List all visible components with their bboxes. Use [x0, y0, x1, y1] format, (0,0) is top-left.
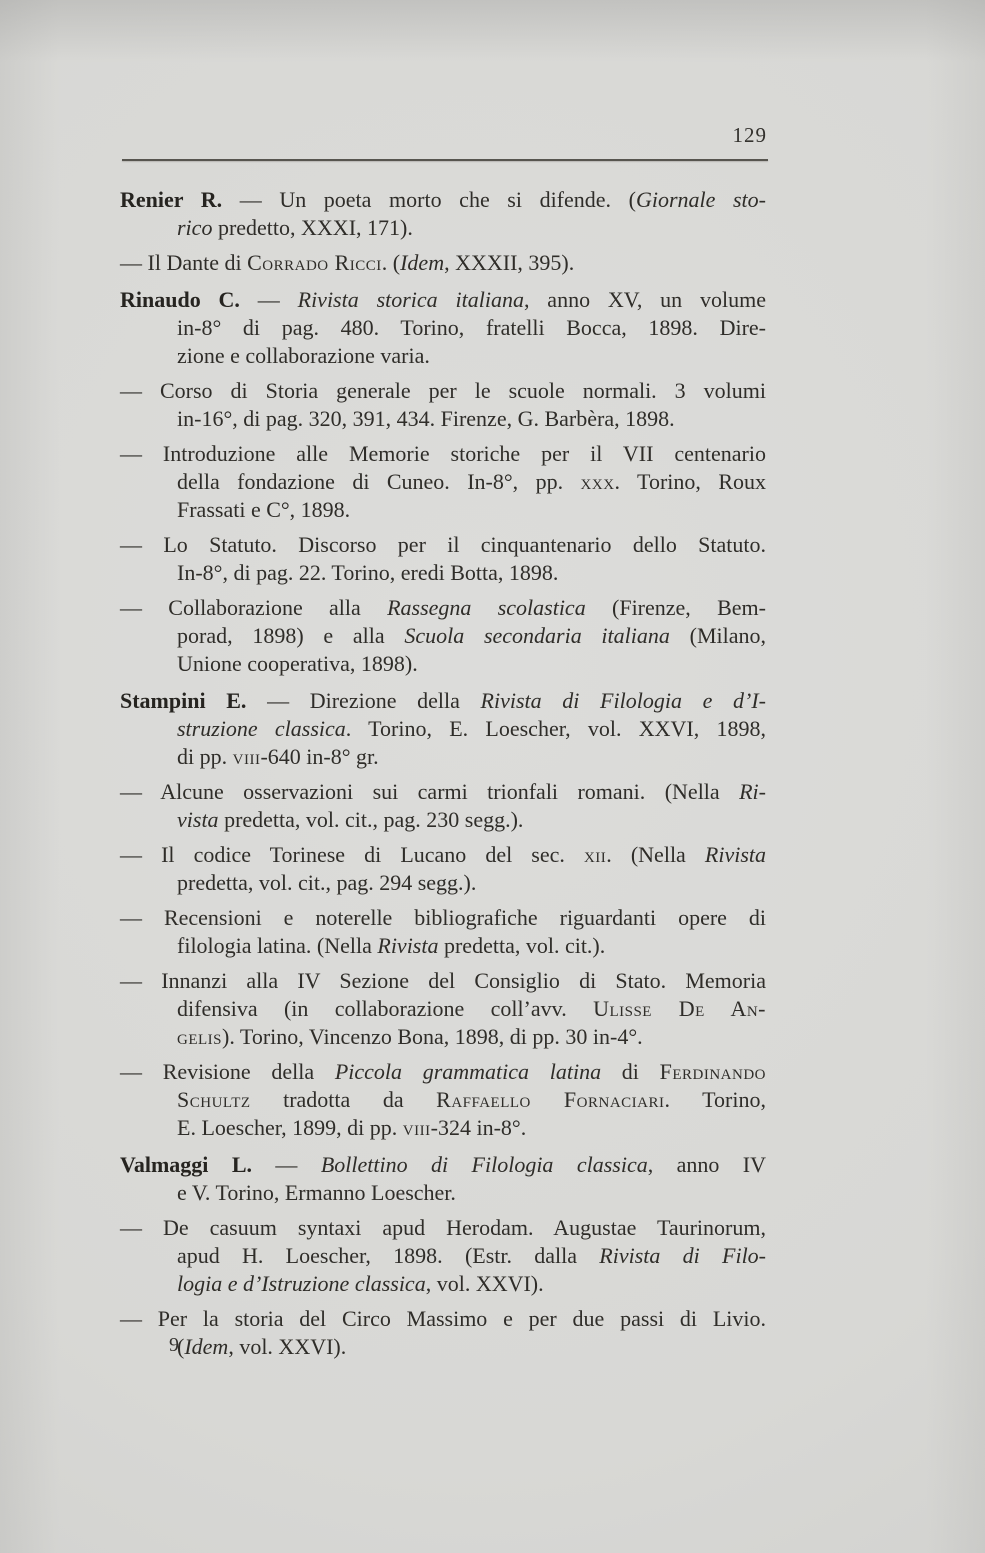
text-segment: e V. Torino, Ermanno Loescher.	[177, 1180, 456, 1205]
bibliography-entry: — Innanzi alla IV Sezione del Consiglio …	[120, 967, 766, 1051]
entry-line: in-8° di pag. 480. Torino, fratelli Bocc…	[177, 314, 766, 342]
text-segment: Ferdinando	[660, 1059, 766, 1084]
bibliography-entry: — De casuum syntaxi apud Herodam. August…	[120, 1214, 766, 1298]
text-segment: gelis	[177, 1024, 222, 1049]
entry-line: — Innanzi alla IV Sezione del Consiglio …	[120, 967, 766, 995]
text-segment: — Recensioni e noterelle bibliografiche …	[120, 905, 766, 930]
entry-line: rico predetto, XXXI, 171).	[177, 214, 766, 242]
entry-line: Rinaudo C. — Rivista storica italiana, a…	[120, 286, 766, 314]
text-segment: zione e collaborazione varia.	[177, 343, 430, 368]
bibliography-entry: — Introduzione alle Memorie storiche per…	[120, 440, 766, 524]
entry-line: porad, 1898) e alla Scuola secondaria it…	[177, 622, 766, 650]
bibliography-entry: Renier R. — Un poeta morto che si difend…	[120, 186, 766, 242]
entry-line: — Collaborazione alla Rassegna scolastic…	[120, 594, 766, 622]
text-segment: , vol. XXVI).	[426, 1271, 544, 1296]
text-segment: di pp.	[177, 744, 233, 769]
entry-line: Frassati e C°, 1898.	[177, 496, 766, 524]
entry-line: Stampini E. — Direzione della Rivista di…	[120, 687, 766, 715]
text-segment: — Il codice Torinese di Lucano del sec.	[120, 842, 584, 867]
page-number: 129	[123, 123, 767, 148]
text-segment: (Firenze, Bem-	[586, 595, 766, 620]
text-segment: Rivista di Filologia e d’I-	[481, 688, 766, 713]
text-segment: , anno IV	[648, 1152, 766, 1177]
text-segment: — Per la storia del Circo Massimo e per …	[120, 1306, 766, 1331]
bibliography-entry: Rinaudo C. — Rivista storica italiana, a…	[120, 286, 766, 370]
text-segment: xii	[584, 842, 606, 867]
text-segment: difensiva (in collaborazione coll’avv.	[177, 996, 593, 1021]
text-segment: . Torino,	[665, 1087, 767, 1112]
text-segment: -640 in-8° gr.	[260, 744, 378, 769]
text-segment: tradotta da	[251, 1087, 437, 1112]
text-segment: — Introduzione alle Memorie storiche per…	[120, 441, 766, 466]
text-segment: . Torino, Roux	[615, 469, 766, 494]
text-segment: apud H. Loescher, 1898. (Estr. dalla	[177, 1243, 599, 1268]
entry-line: in-16°, di pag. 320, 391, 434. Firenze, …	[177, 405, 766, 433]
text-segment: logia e d’Istruzione classica	[177, 1271, 426, 1296]
text-segment: predetta, vol. cit.).	[438, 933, 605, 958]
text-segment: Rivista di Filo-	[599, 1243, 766, 1268]
text-segment: di	[601, 1059, 660, 1084]
text-segment: — Collaborazione alla	[120, 595, 387, 620]
bibliography-entry: Valmaggi L. — Bollettino di Filologia cl…	[120, 1151, 766, 1207]
text-segment: —	[240, 287, 298, 312]
text-segment: Piccola grammatica latina	[335, 1059, 601, 1084]
text-segment: Frassati e C°, 1898.	[177, 497, 350, 522]
text-segment: vista	[177, 807, 219, 832]
text-segment: Schultz	[177, 1087, 251, 1112]
text-segment: E. Loescher, 1899, di pp.	[177, 1115, 403, 1140]
text-segment: filologia latina. (Nella	[177, 933, 377, 958]
entry-line: — Lo Statuto. Discorso per il cinquanten…	[120, 531, 766, 559]
bibliography-entry: — Il codice Torinese di Lucano del sec. …	[120, 841, 766, 897]
text-segment: della fondazione di Cuneo. In-8°, pp.	[177, 469, 581, 494]
text-segment: in-16°, di pag. 320, 391, 434. Firenze, …	[177, 406, 675, 431]
entry-line: — Revisione della Piccola grammatica lat…	[120, 1058, 766, 1086]
entry-line: Unione cooperativa, 1898).	[177, 650, 766, 678]
text-segment: Rivista storica italiana	[298, 287, 524, 312]
text-segment: struzione classica	[177, 716, 346, 741]
text-segment: Bollettino di Filologia classica	[321, 1152, 648, 1177]
text-segment: -324 in-8°.	[431, 1115, 527, 1140]
text-segment: , vol. XXVI).	[228, 1334, 346, 1359]
text-segment: in-8° di pag. 480. Torino, fratelli Bocc…	[177, 315, 766, 340]
entry-line: predetta, vol. cit., pag. 294 segg.).	[177, 869, 766, 897]
entry-line: — De casuum syntaxi apud Herodam. August…	[120, 1214, 766, 1242]
text-segment: viii	[403, 1115, 431, 1140]
bibliography-entry: — Il Dante di Corrado Ricci. (Idem, XXXI…	[120, 249, 766, 277]
bibliography-entry: — Collaborazione alla Rassegna scolastic…	[120, 594, 766, 678]
text-segment: . (	[382, 250, 400, 275]
text-segment: Ulisse De An-	[593, 996, 766, 1021]
entry-line: E. Loescher, 1899, di pp. viii-324 in-8°…	[177, 1114, 766, 1142]
text-segment: — Il Dante di	[120, 250, 247, 275]
text-segment: xxx	[581, 469, 615, 494]
text-segment: In-8°, di pag. 22. Torino, eredi Botta, …	[177, 560, 558, 585]
text-segment: . Torino, E. Loescher, vol. XXVI, 1898,	[346, 716, 766, 741]
entry-line: — Per la storia del Circo Massimo e per …	[120, 1305, 766, 1333]
text-segment: . (Nella	[606, 842, 705, 867]
bibliography-entry: Stampini E. — Direzione della Rivista di…	[120, 687, 766, 771]
bibliography-entry: — Per la storia del Circo Massimo e per …	[120, 1305, 766, 1361]
entry-line: logia e d’Istruzione classica, vol. XXVI…	[177, 1270, 766, 1298]
text-segment: — Alcune osservazioni sui carmi trionfal…	[120, 779, 739, 804]
entry-line: Valmaggi L. — Bollettino di Filologia cl…	[120, 1151, 766, 1179]
text-segment: predetta, vol. cit., pag. 230 segg.).	[219, 807, 524, 832]
text-segment: Idem	[184, 1334, 228, 1359]
entry-line: (Idem, vol. XXVI).	[177, 1333, 766, 1361]
text-segment: predetta, vol. cit., pag. 294 segg.).	[177, 870, 476, 895]
text-segment: viii	[233, 744, 261, 769]
text-segment: Raffaello Fornaciari	[436, 1087, 664, 1112]
entry-line: Schultz tradotta da Raffaello Fornaciari…	[177, 1086, 766, 1114]
bibliography-entry: — Alcune osservazioni sui carmi trionfal…	[120, 778, 766, 834]
text-segment: predetto, XXXI, 171).	[212, 215, 412, 240]
bibliography-list: Renier R. — Un poeta morto che si difend…	[120, 186, 766, 1361]
entry-line: — Introduzione alle Memorie storiche per…	[120, 440, 766, 468]
text-segment: Renier R.	[120, 187, 222, 212]
text-segment: , XXXII, 395).	[444, 250, 574, 275]
text-segment: Rinaudo C.	[120, 287, 240, 312]
text-segment: —	[252, 1152, 321, 1177]
entry-line: vista predetta, vol. cit., pag. 230 segg…	[177, 806, 766, 834]
scanned-book-page: 129 Renier R. — Un poeta morto che si di…	[0, 0, 985, 1553]
text-segment: — Direzione della	[246, 688, 480, 713]
entry-line: della fondazione di Cuneo. In-8°, pp. xx…	[177, 468, 766, 496]
entry-line: zione e collaborazione varia.	[177, 342, 766, 370]
entry-line: apud H. Loescher, 1898. (Estr. dalla Riv…	[177, 1242, 766, 1270]
text-segment: — Un poeta morto che si difende. (	[222, 187, 636, 212]
bibliography-entry: — Revisione della Piccola grammatica lat…	[120, 1058, 766, 1142]
text-segment: ). Torino, Vincenzo Bona, 1898, di pp. 3…	[222, 1024, 643, 1049]
entry-line: In-8°, di pag. 22. Torino, eredi Botta, …	[177, 559, 766, 587]
text-segment: — Lo Statuto. Discorso per il cinquanten…	[120, 532, 766, 557]
text-segment: Rivista	[377, 933, 438, 958]
bibliography-entry: — Corso di Storia generale per le scuole…	[120, 377, 766, 433]
text-segment: Corrado Ricci	[247, 250, 382, 275]
entry-line: — Il codice Torinese di Lucano del sec. …	[120, 841, 766, 869]
entry-line: — Recensioni e noterelle bibliografiche …	[120, 904, 766, 932]
bibliography-entry: — Recensioni e noterelle bibliografiche …	[120, 904, 766, 960]
entry-line: gelis). Torino, Vincenzo Bona, 1898, di …	[177, 1023, 766, 1051]
text-segment: Idem	[400, 250, 444, 275]
entry-line: — Il Dante di Corrado Ricci. (Idem, XXXI…	[120, 249, 766, 277]
text-segment: rico	[177, 215, 212, 240]
text-segment: Rassegna scolastica	[387, 595, 586, 620]
text-segment: (Milano,	[670, 623, 766, 648]
text-segment: Giornale sto-	[636, 187, 766, 212]
bibliography-entry: — Lo Statuto. Discorso per il cinquanten…	[120, 531, 766, 587]
text-segment: Ri-	[739, 779, 766, 804]
entry-line: Renier R. — Un poeta morto che si difend…	[120, 186, 766, 214]
header-rule	[122, 159, 768, 161]
entry-line: e V. Torino, Ermanno Loescher.	[177, 1179, 766, 1207]
text-segment: — Innanzi alla IV Sezione del Consiglio …	[120, 968, 766, 993]
text-segment: Valmaggi L.	[120, 1152, 252, 1177]
entry-line: — Alcune osservazioni sui carmi trionfal…	[120, 778, 766, 806]
text-segment: Unione cooperativa, 1898).	[177, 651, 418, 676]
entry-line: — Corso di Storia generale per le scuole…	[120, 377, 766, 405]
text-segment: — De casuum syntaxi apud Herodam. August…	[120, 1215, 766, 1240]
entry-line: struzione classica. Torino, E. Loescher,…	[177, 715, 766, 743]
text-segment: Scuola secondaria italiana	[404, 623, 670, 648]
entry-line: filologia latina. (Nella Rivista predett…	[177, 932, 766, 960]
signature-number: 9	[169, 1334, 179, 1357]
text-segment: , anno XV, un volume	[524, 287, 766, 312]
text-segment: Stampini E.	[120, 688, 246, 713]
text-segment: — Revisione della	[120, 1059, 335, 1084]
text-segment: — Corso di Storia generale per le scuole…	[120, 378, 766, 403]
entry-line: difensiva (in collaborazione coll’avv. U…	[177, 995, 766, 1023]
entry-line: di pp. viii-640 in-8° gr.	[177, 743, 766, 771]
text-segment: porad, 1898) e alla	[177, 623, 404, 648]
text-segment: Rivista	[705, 842, 766, 867]
